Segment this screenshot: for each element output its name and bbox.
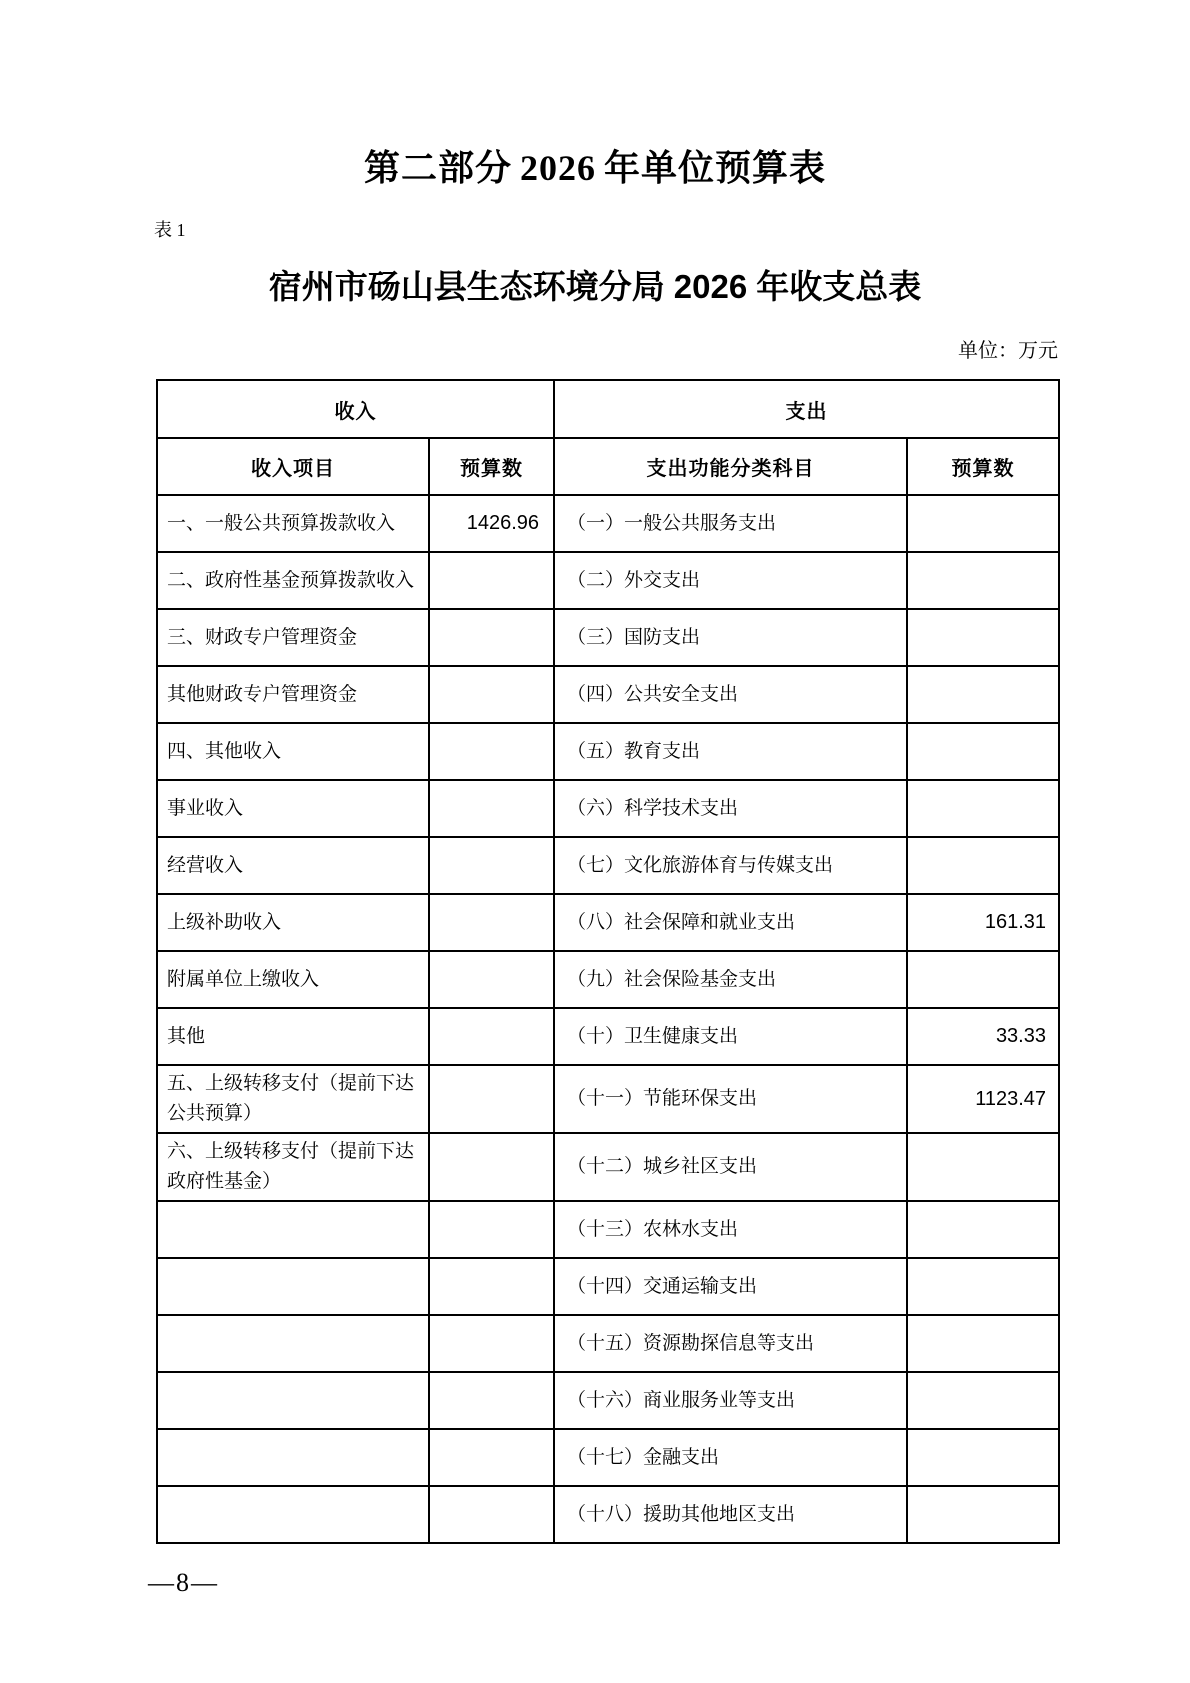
table-row: 其他 （十）卫生健康支出 33.33 (157, 1008, 1059, 1065)
expense-budget-cell (907, 1258, 1059, 1315)
income-budget-cell (429, 1201, 554, 1258)
expense-budget-cell (907, 723, 1059, 780)
income-item-cell (157, 1315, 429, 1372)
expense-item-cell: （十七）金融支出 (554, 1429, 907, 1486)
expense-item-cell: （九）社会保险基金支出 (554, 951, 907, 1008)
expense-budget-cell (907, 780, 1059, 837)
expense-budget-cell (907, 951, 1059, 1008)
income-item-cell: 六、上级转移支付（提前下达政府性基金） (157, 1133, 429, 1201)
expense-budget-cell: 161.31 (907, 894, 1059, 951)
expense-budget-cell (907, 1201, 1059, 1258)
expense-item-cell: （十四）交通运输支出 (554, 1258, 907, 1315)
table-row: 事业收入 （六）科学技术支出 (157, 780, 1059, 837)
income-budget-cell (429, 1133, 554, 1201)
income-item-cell: 二、政府性基金预算拨款收入 (157, 552, 429, 609)
column-header-row: 收入项目 预算数 支出功能分类科目 预算数 (157, 438, 1059, 495)
expense-budget-cell (907, 1486, 1059, 1543)
income-item-cell: 上级补助收入 (157, 894, 429, 951)
expense-budget-cell (907, 1315, 1059, 1372)
expense-budget-cell (907, 495, 1059, 552)
table-row: 一、一般公共预算拨款收入 1426.96 （一）一般公共服务支出 (157, 495, 1059, 552)
table-row: （十四）交通运输支出 (157, 1258, 1059, 1315)
income-item-cell: 其他 (157, 1008, 429, 1065)
income-group-header: 收入 (157, 380, 554, 438)
table-row: 三、财政专户管理资金 （三）国防支出 (157, 609, 1059, 666)
income-item-cell: 三、财政专户管理资金 (157, 609, 429, 666)
expense-budget-cell: 1123.47 (907, 1065, 1059, 1133)
expense-item-cell: （十八）援助其他地区支出 (554, 1486, 907, 1543)
doc-title: 宿州市砀山县生态环境分局2026年收支总表 (0, 266, 1190, 309)
table-row: 其他财政专户管理资金 （四）公共安全支出 (157, 666, 1059, 723)
table-row: （十五）资源勘探信息等支出 (157, 1315, 1059, 1372)
doc-title-prefix: 宿州市砀山县生态环境分局 (269, 270, 665, 306)
expense-item-cell: （一）一般公共服务支出 (554, 495, 907, 552)
income-item-cell: 其他财政专户管理资金 (157, 666, 429, 723)
group-header-row: 收入 支出 (157, 380, 1059, 438)
income-budget-cell (429, 780, 554, 837)
income-budget-cell (429, 1258, 554, 1315)
page-number: —8— (148, 1566, 219, 1600)
table-row: （十七）金融支出 (157, 1429, 1059, 1486)
unit-note: 单位：万元 (958, 338, 1058, 364)
expense-item-cell: （十六）商业服务业等支出 (554, 1372, 907, 1429)
table-row: （十八）援助其他地区支出 (157, 1486, 1059, 1543)
income-budget-cell (429, 1486, 554, 1543)
income-budget-cell (429, 609, 554, 666)
income-item-cell (157, 1486, 429, 1543)
expense-budget-cell (907, 1133, 1059, 1201)
expense-item-cell: （十五）资源勘探信息等支出 (554, 1315, 907, 1372)
expense-budget-cell (907, 666, 1059, 723)
expense-item-cell: （八）社会保障和就业支出 (554, 894, 907, 951)
income-item-cell (157, 1201, 429, 1258)
section-title-suffix: 年单位预算表 (604, 147, 826, 188)
budget-table: 收入 支出 收入项目 预算数 支出功能分类科目 预算数 一、一般公共预算拨款收入… (156, 379, 1060, 1544)
income-item-cell (157, 1429, 429, 1486)
expense-item-header: 支出功能分类科目 (554, 438, 907, 495)
expense-budget-cell (907, 837, 1059, 894)
expense-item-cell: （十三）农林水支出 (554, 1201, 907, 1258)
income-item-cell: 四、其他收入 (157, 723, 429, 780)
income-budget-cell (429, 951, 554, 1008)
expense-item-cell: （五）教育支出 (554, 723, 907, 780)
section-title-prefix: 第二部分 (364, 147, 512, 188)
expense-budget-cell: 33.33 (907, 1008, 1059, 1065)
table-row: 上级补助收入 （八）社会保障和就业支出 161.31 (157, 894, 1059, 951)
section-title: 第二部分2026年单位预算表 (0, 146, 1190, 190)
expense-budget-cell (907, 1372, 1059, 1429)
section-title-year: 2026 (520, 148, 596, 188)
table-row: 经营收入 （七）文化旅游体育与传媒支出 (157, 837, 1059, 894)
income-item-cell: 经营收入 (157, 837, 429, 894)
income-item-cell (157, 1372, 429, 1429)
income-item-cell: 附属单位上缴收入 (157, 951, 429, 1008)
income-item-cell: 五、上级转移支付（提前下达公共预算） (157, 1065, 429, 1133)
table-row: （十六）商业服务业等支出 (157, 1372, 1059, 1429)
expense-item-cell: （十）卫生健康支出 (554, 1008, 907, 1065)
expense-budget-cell (907, 552, 1059, 609)
income-budget-cell (429, 666, 554, 723)
doc-title-year: 2026 (674, 268, 747, 305)
table-row: 四、其他收入 （五）教育支出 (157, 723, 1059, 780)
expense-group-header: 支出 (554, 380, 1059, 438)
table-label: 表 1 (154, 219, 186, 241)
income-item-cell: 事业收入 (157, 780, 429, 837)
table-row: 六、上级转移支付（提前下达政府性基金） （十二）城乡社区支出 (157, 1133, 1059, 1201)
income-budget-cell (429, 723, 554, 780)
expense-item-cell: （六）科学技术支出 (554, 780, 907, 837)
expense-item-cell: （二）外交支出 (554, 552, 907, 609)
income-item-cell (157, 1258, 429, 1315)
expense-item-cell: （十二）城乡社区支出 (554, 1133, 907, 1201)
expense-budget-cell (907, 1429, 1059, 1486)
income-budget-header: 预算数 (429, 438, 554, 495)
expense-item-cell: （四）公共安全支出 (554, 666, 907, 723)
income-budget-cell (429, 1372, 554, 1429)
income-budget-cell (429, 837, 554, 894)
doc-title-suffix: 年收支总表 (756, 270, 921, 306)
income-budget-cell (429, 1065, 554, 1133)
income-budget-cell (429, 894, 554, 951)
income-budget-cell (429, 1429, 554, 1486)
expense-item-cell: （三）国防支出 (554, 609, 907, 666)
income-budget-cell: 1426.96 (429, 495, 554, 552)
expense-item-cell: （七）文化旅游体育与传媒支出 (554, 837, 907, 894)
table-row: 附属单位上缴收入 （九）社会保险基金支出 (157, 951, 1059, 1008)
table-row: 五、上级转移支付（提前下达公共预算） （十一）节能环保支出 1123.47 (157, 1065, 1059, 1133)
table-row: 二、政府性基金预算拨款收入 （二）外交支出 (157, 552, 1059, 609)
income-budget-cell (429, 552, 554, 609)
table-row: （十三）农林水支出 (157, 1201, 1059, 1258)
income-item-header: 收入项目 (157, 438, 429, 495)
expense-budget-cell (907, 609, 1059, 666)
expense-item-cell: （十一）节能环保支出 (554, 1065, 907, 1133)
income-budget-cell (429, 1008, 554, 1065)
document-page: { "page": { "section_title": { "prefix":… (0, 0, 1190, 1683)
income-item-cell: 一、一般公共预算拨款收入 (157, 495, 429, 552)
expense-budget-header: 预算数 (907, 438, 1059, 495)
income-budget-cell (429, 1315, 554, 1372)
